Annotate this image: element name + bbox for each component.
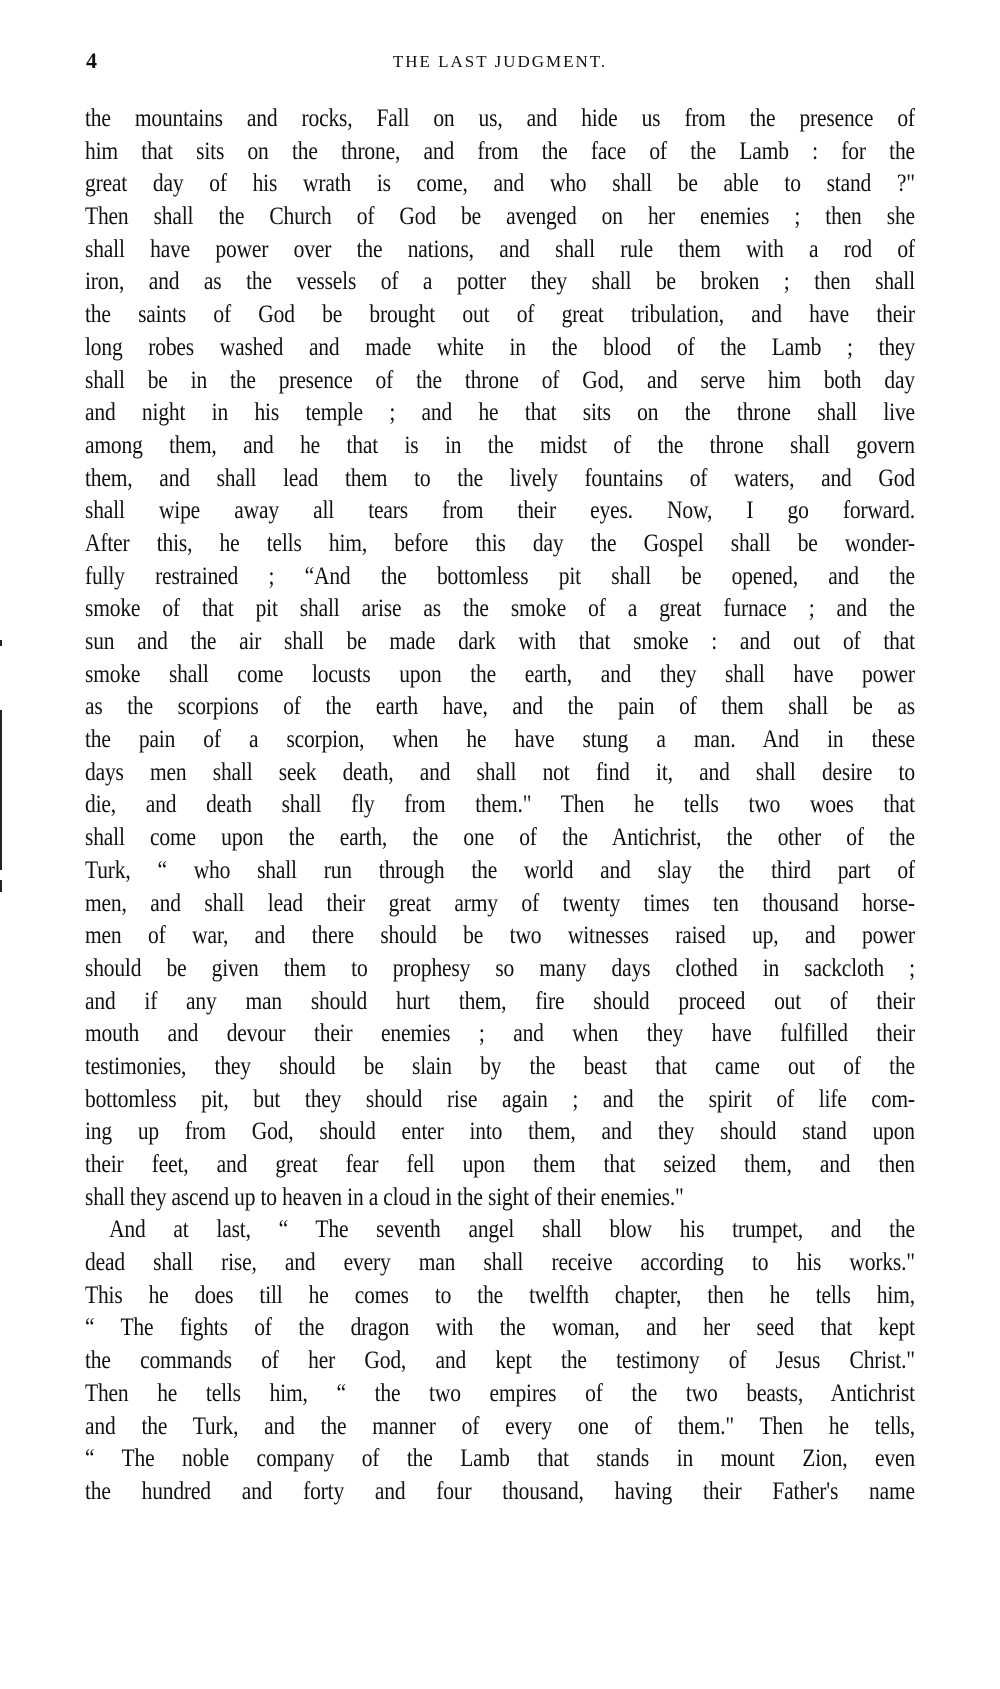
- text-line: days men shall seek death, and shall not…: [85, 757, 915, 790]
- text-line: fully restrained ; “And the bottomless p…: [85, 561, 915, 594]
- text-line: This he does till he comes to the twelft…: [85, 1280, 915, 1313]
- text-line: men of war, and there should be two witn…: [85, 920, 915, 953]
- text-line: sun and the air shall be made dark with …: [85, 626, 915, 659]
- running-title: THE LAST JUDGMENT.: [86, 52, 914, 72]
- text-line: and the Turk, and the manner of every on…: [85, 1411, 915, 1444]
- text-line: dead shall rise, and every man shall rec…: [85, 1247, 915, 1280]
- text-line: them, and shall lead them to the lively …: [85, 463, 915, 496]
- text-line: die, and death shall fly from them." The…: [85, 789, 915, 822]
- text-line: as the scorpions of the earth have, and …: [85, 691, 915, 724]
- text-line: men, and shall lead their great army of …: [85, 888, 915, 921]
- text-line: the pain of a scorpion, when he have stu…: [85, 724, 915, 757]
- text-line: shall have power over the nations, and s…: [85, 234, 915, 267]
- text-line: and if any man should hurt them, fire sh…: [85, 986, 915, 1019]
- text-line: shall wipe away all tears from their eye…: [85, 495, 915, 528]
- running-head: 4 THE LAST JUDGMENT.: [86, 48, 914, 78]
- text-line: Then shall the Church of God be avenged …: [85, 201, 915, 234]
- text-line: the hundred and forty and four thousand,…: [85, 1476, 915, 1509]
- book-page: 4 THE LAST JUDGMENT. the mountains and r…: [0, 0, 1000, 1689]
- text-line: shall come upon the earth, the one of th…: [85, 822, 915, 855]
- text-line: Turk, “ who shall run through the world …: [85, 855, 915, 888]
- text-line: testimonies, they should be slain by the…: [85, 1051, 915, 1084]
- text-line: among them, and he that is in the midst …: [85, 430, 915, 463]
- text-line: and night in his temple ; and he that si…: [85, 397, 915, 430]
- text-line: After this, he tells him, before this da…: [85, 528, 915, 561]
- text-line: the saints of God be brought out of grea…: [85, 299, 915, 332]
- text-line: mouth and devour their enemies ; and whe…: [85, 1018, 915, 1051]
- text-line: iron, and as the vessels of a potter the…: [85, 266, 915, 299]
- text-line: And at last, “ The seventh angel shall b…: [85, 1214, 915, 1247]
- text-line: ing up from God, should enter into them,…: [85, 1116, 915, 1149]
- scan-margin-marks: [0, 640, 6, 900]
- text-line: “ The noble company of the Lamb that sta…: [85, 1443, 915, 1476]
- text-line: shall they ascend up to heaven in a clou…: [85, 1182, 915, 1215]
- text-line: should be given them to prophesy so many…: [85, 953, 915, 986]
- text-line: him that sits on the throne, and from th…: [85, 136, 915, 169]
- text-line: smoke shall come locusts upon the earth,…: [85, 659, 915, 692]
- text-line: Then he tells him, “ the two empires of …: [85, 1378, 915, 1411]
- text-line: the mountains and rocks, Fall on us, and…: [85, 103, 915, 136]
- text-line: the commands of her God, and kept the te…: [85, 1345, 915, 1378]
- text-line: their feet, and great fear fell upon the…: [85, 1149, 915, 1182]
- text-line: “ The fights of the dragon with the woma…: [85, 1312, 915, 1345]
- text-line: long robes washed and made white in the …: [85, 332, 915, 365]
- text-line: smoke of that pit shall arise as the smo…: [85, 593, 915, 626]
- body-text: the mountains and rocks, Fall on us, and…: [85, 103, 915, 1509]
- text-line: bottomless pit, but they should rise aga…: [85, 1084, 915, 1117]
- text-line: shall be in the presence of the throne o…: [85, 365, 915, 398]
- text-line: great day of his wrath is come, and who …: [85, 168, 915, 201]
